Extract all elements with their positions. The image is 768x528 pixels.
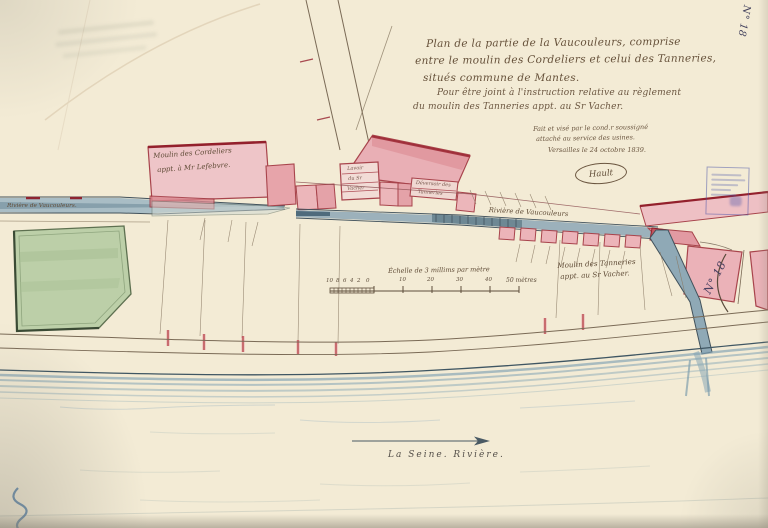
scale-minor-2: 2 — [357, 278, 361, 284]
scale-minor-0: 0 — [366, 278, 370, 284]
label-small-building-a3: Vacher — [347, 185, 365, 192]
seine-river — [0, 342, 768, 528]
stamp-mark — [730, 196, 742, 206]
map-title-line4: Pour être joint à l'instruction relative… — [437, 88, 681, 98]
pond — [14, 226, 131, 331]
scale-major-30: 30 — [456, 277, 463, 283]
label-small-building-a2: du Sr — [348, 175, 362, 182]
tannery-channel — [296, 209, 658, 239]
signature-name: Hault — [589, 168, 614, 180]
towpath-roads — [0, 310, 768, 355]
stamp-mark — [711, 183, 738, 186]
stamp-mark — [711, 188, 731, 191]
certification-line3: Versailles le 24 octobre 1839. — [548, 146, 646, 154]
stamp-mark — [711, 173, 741, 176]
red-boundary-ticks — [168, 314, 583, 356]
scale-minor-8: 8 — [336, 278, 340, 284]
scale-major-20: 20 — [427, 277, 434, 283]
stamp-mark — [711, 178, 745, 181]
map-sheet: N° 18 N° 18 Plan de la partie de la Vauc… — [0, 0, 768, 528]
scale-minor-6: 6 — [343, 278, 347, 284]
label-small-building-a1: Lavoir — [347, 165, 363, 172]
map-title-line1: Plan de la partie de la Vaucouleurs, com… — [426, 36, 681, 50]
top-roads — [300, 0, 392, 150]
scale-major-10: 10 — [399, 277, 406, 283]
scale-minor-10: 10 — [326, 278, 333, 284]
map-drawing — [0, 0, 768, 528]
label-riviere-vaucouleurs-left: Rivière de Vaucouleurs. — [7, 203, 77, 209]
certification-line2: attaché au service des usines. — [536, 133, 635, 143]
scale-major-40: 40 — [485, 277, 492, 283]
map-title-line5: du moulin des Tanneries appt. au Sr Vach… — [413, 102, 623, 112]
map-title-line3: situés commune de Mantes. — [423, 72, 580, 84]
scale-end-label: 50 mètres — [506, 277, 537, 284]
label-la-seine: La Seine. Rivière. — [388, 450, 505, 460]
archive-stamp — [705, 166, 749, 215]
bank-squiggle — [13, 488, 26, 528]
scale-bar — [330, 286, 519, 293]
showthrough-text — [54, 20, 158, 60]
scale-minor-4: 4 — [350, 278, 354, 284]
